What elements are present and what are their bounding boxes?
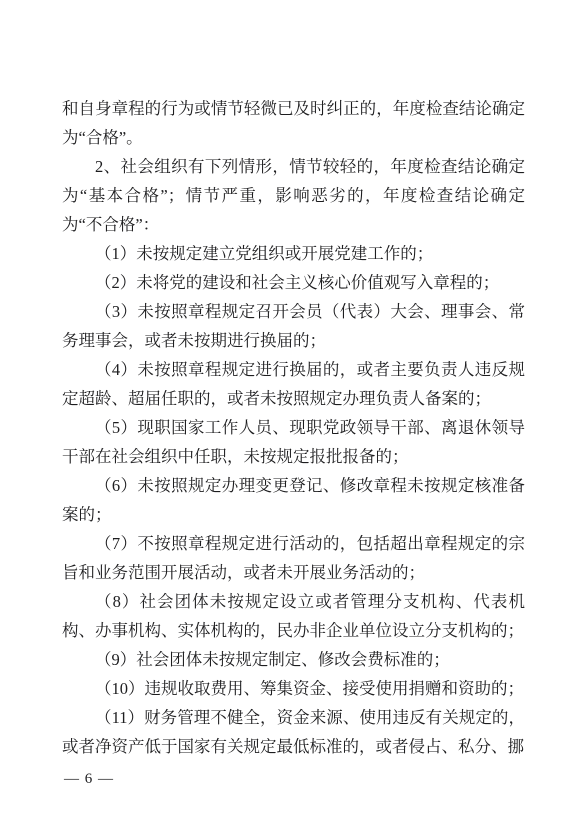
paragraph-clause-2: 2、社会组织有下列情形，情节较轻的，年度检查结论确定为“基本合格”；情节严重，影…: [62, 152, 525, 239]
paragraph-item-5: （5）现职国家工作人员、现职党政领导干部、离退休领导干部在社会组织中任职，未按规…: [62, 413, 525, 471]
paragraph-item-3: （3）未按照章程规定召开会员（代表）大会、理事会、常务理事会，或者未按期进行换届…: [62, 297, 525, 355]
paragraph-item-8: （8）社会团体未按规定设立或者管理分支机构、代表机构、办事机构、实体机构的，民办…: [62, 587, 525, 645]
body-text: 和自身章程的行为或情节轻微已及时纠正的，年度检查结论确定为“合格”。 2、社会组…: [62, 94, 525, 761]
document-page: 和自身章程的行为或情节轻微已及时纠正的，年度检查结论确定为“合格”。 2、社会组…: [0, 0, 587, 818]
paragraph-item-6: （6）未按照规定办理变更登记、修改章程未按规定核准备案的；: [62, 471, 525, 529]
paragraph-item-7: （7）不按照章程规定进行活动的，包括超出章程规定的宗旨和业务范围开展活动，或者未…: [62, 529, 525, 587]
paragraph-item-10: （10）违规收取费用、筹集资金、接受使用捐赠和资助的；: [62, 674, 525, 703]
page-number: — 6 —: [64, 769, 114, 789]
paragraph-item-9: （9）社会团体未按规定制定、修改会费标准的；: [62, 645, 525, 674]
paragraph-item-4: （4）未按照章程规定进行换届的，或者主要负责人违反规定超龄、超届任职的，或者未按…: [62, 355, 525, 413]
paragraph-item-1: （1）未按规定建立党组织或开展党建工作的；: [62, 239, 525, 268]
paragraph-item-2: （2）未将党的建设和社会主义核心价值观写入章程的；: [62, 268, 525, 297]
paragraph-item-11: （11）财务管理不健全，资金来源、使用违反有关规定的，或者净资产低于国家有关规定…: [62, 703, 525, 761]
paragraph-continuation: 和自身章程的行为或情节轻微已及时纠正的，年度检查结论确定为“合格”。: [62, 94, 525, 152]
